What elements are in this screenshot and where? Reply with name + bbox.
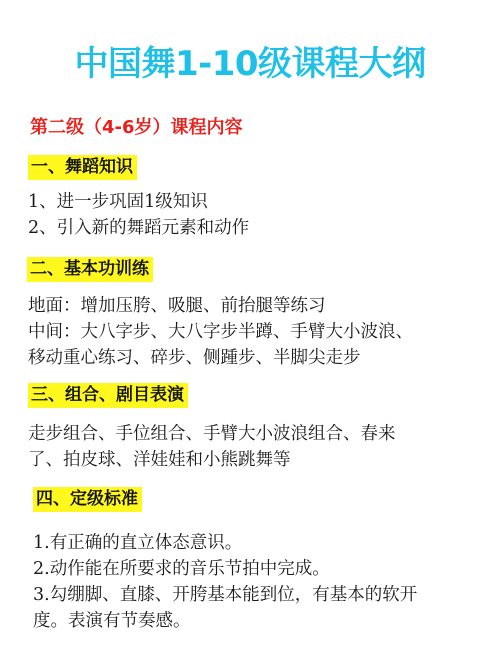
list-item: 3.勾绷脚、直膝、开胯基本能到位，有基本的软开 bbox=[33, 582, 473, 608]
list-item: 度。表演有节奏感。 bbox=[33, 608, 473, 634]
list-item: 走步组合、手位组合、手臂大小波浪组合、春来 bbox=[28, 421, 468, 447]
list-item: 2、引入新的舞蹈元素和动作 bbox=[28, 215, 468, 241]
level-subtitle: 第二级（4-6岁）课程内容 bbox=[30, 115, 243, 141]
list-item: 移动重心练习、碎步、侧踵步、半脚尖走步 bbox=[28, 345, 468, 371]
list-item: 中间：大八字步、大八字步半蹲、手臂大小波浪、 bbox=[28, 319, 468, 345]
section-heading-combination-performance: 三、组合、剧目表演 bbox=[28, 383, 188, 408]
page-title: 中国舞1-10级课程大纲 bbox=[0, 42, 500, 86]
section-heading-grading-standard: 四、定级标准 bbox=[33, 487, 142, 512]
section-heading-basic-training: 二、基本功训练 bbox=[27, 257, 153, 282]
list-item: 1.有正确的直立体态意识。 bbox=[33, 530, 473, 556]
list-item: 了、拍皮球、洋娃娃和小熊跳舞等 bbox=[28, 447, 468, 473]
section-body-combination-performance: 走步组合、手位组合、手臂大小波浪组合、春来 了、拍皮球、洋娃娃和小熊跳舞等 bbox=[28, 421, 468, 473]
section-body-grading-standard: 1.有正确的直立体态意识。 2.动作能在所要求的音乐节拍中完成。 3.勾绷脚、直… bbox=[33, 530, 473, 634]
section-heading-dance-knowledge: 一、舞蹈知识 bbox=[28, 155, 137, 180]
section-body-basic-training: 地面：增加压胯、吸腿、前抬腿等练习 中间：大八字步、大八字步半蹲、手臂大小波浪、… bbox=[28, 293, 468, 371]
list-item: 1、进一步巩固1级知识 bbox=[28, 189, 468, 215]
list-item: 2.动作能在所要求的音乐节拍中完成。 bbox=[33, 556, 473, 582]
list-item: 地面：增加压胯、吸腿、前抬腿等练习 bbox=[28, 293, 468, 319]
section-body-dance-knowledge: 1、进一步巩固1级知识 2、引入新的舞蹈元素和动作 bbox=[28, 189, 468, 241]
